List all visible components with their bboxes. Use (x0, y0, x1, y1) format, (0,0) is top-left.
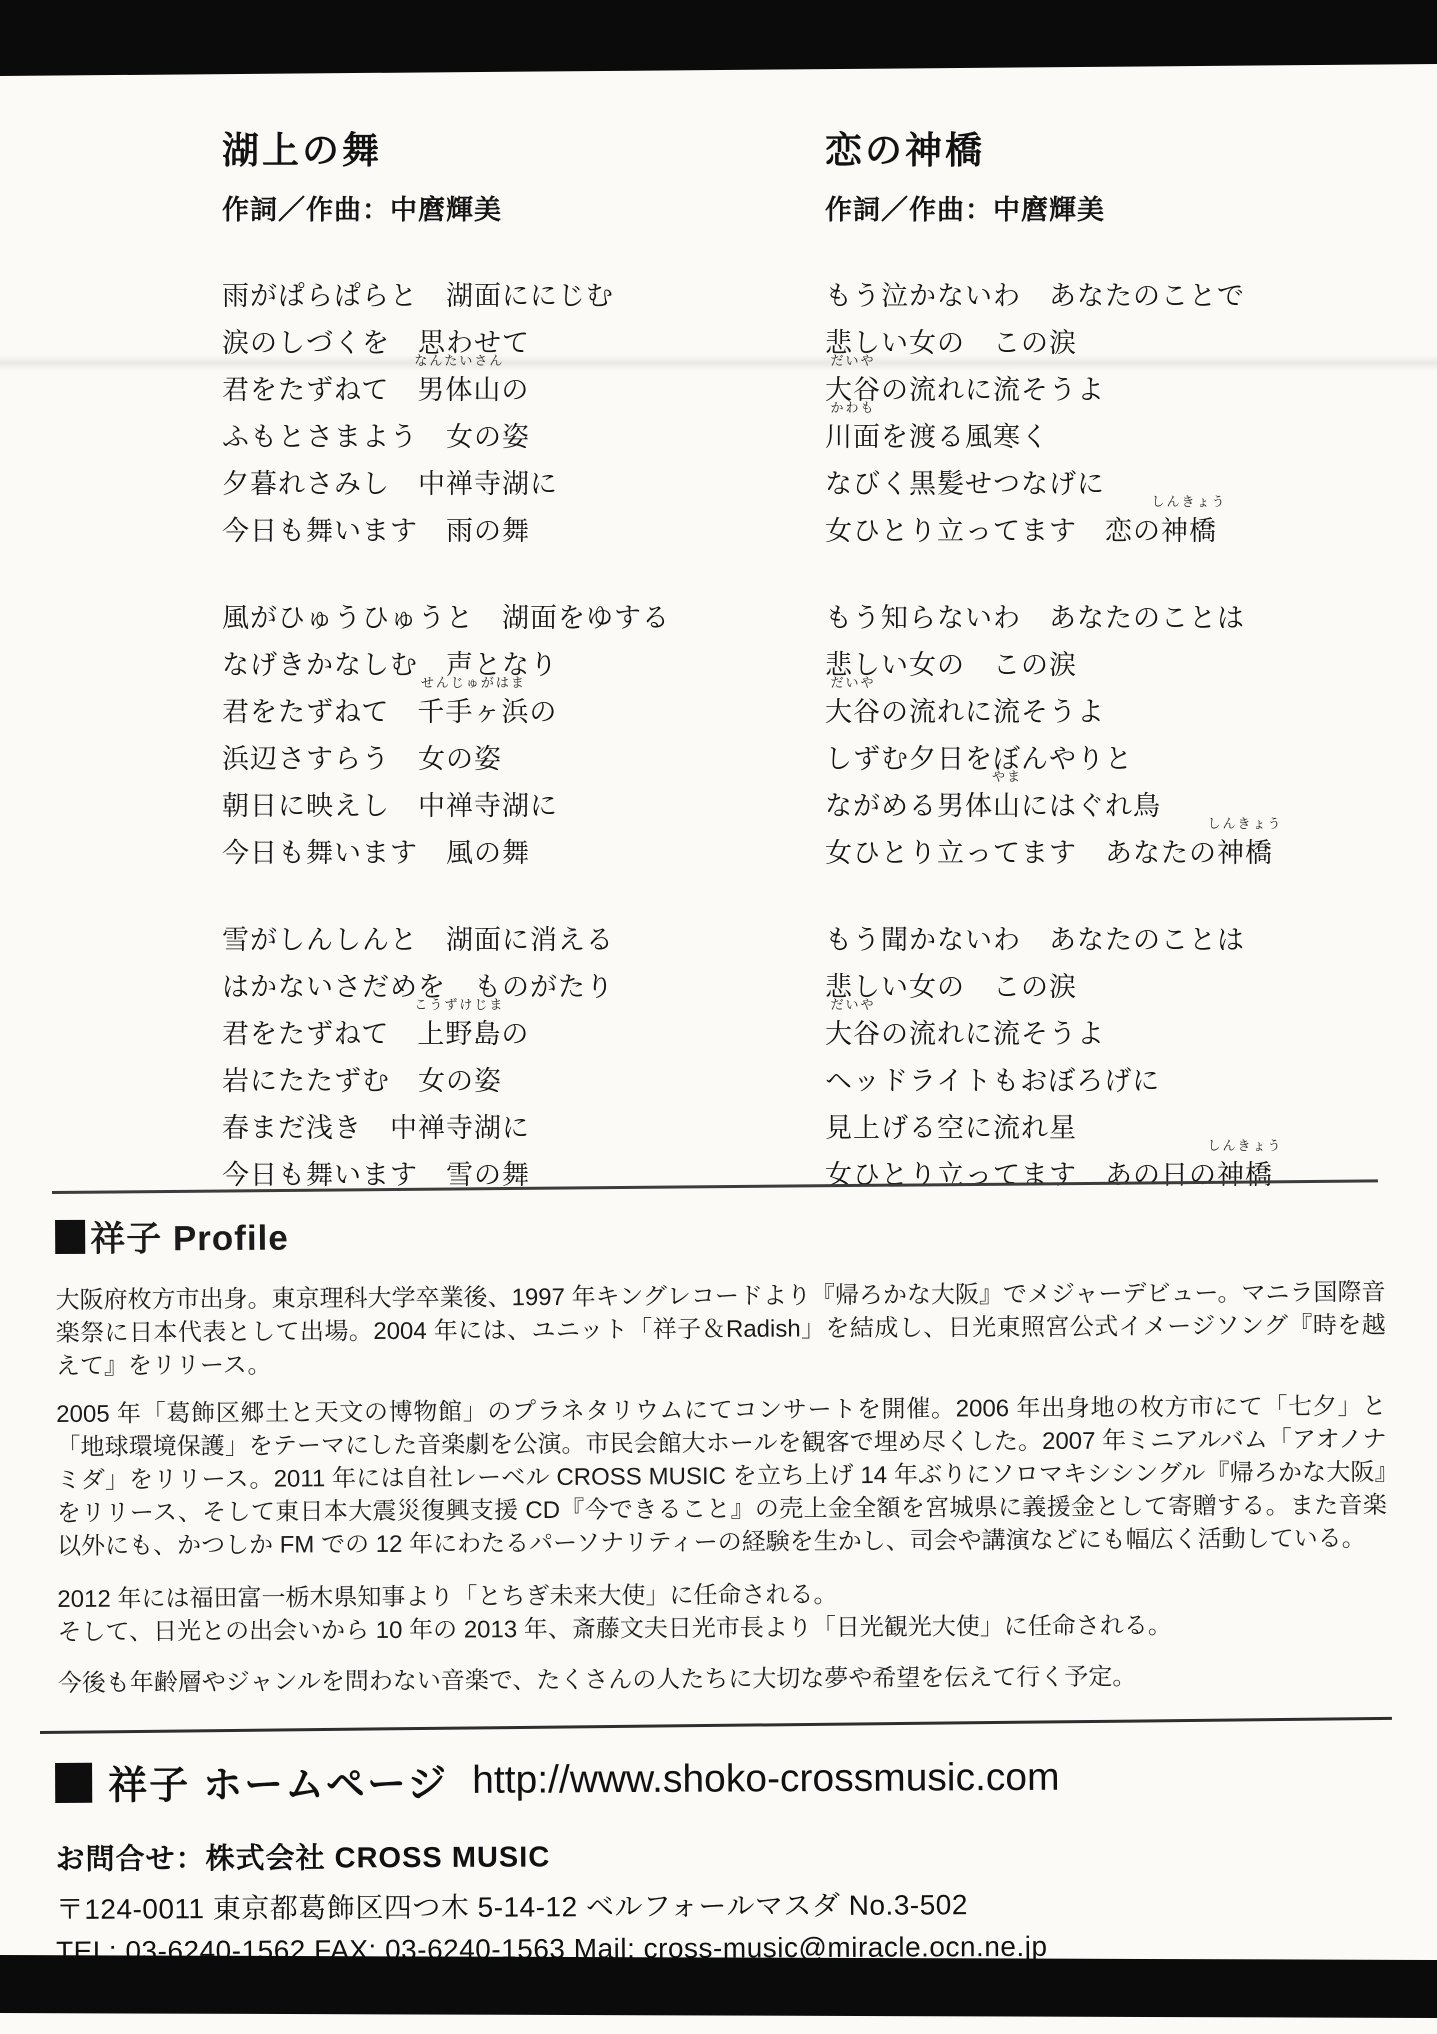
lyric-line: 岩にたたずむ 女の姿 (222, 1058, 670, 1105)
furigana-ruby: 上野島こうずけじま (417, 1011, 501, 1058)
lyric-line: ヘッドライトもおぼろげに (825, 1058, 1273, 1105)
lyric-line: ながめる男体山やまにはぐれ鳥 (825, 783, 1273, 830)
verse: 風がひゅうひゅうと 湖面をゆするなげきかなしむ 声となり君をたずねて 千手ヶ浜せ… (222, 595, 670, 877)
lyric-line: 悲しい女の この涙 (825, 320, 1273, 367)
furigana-ruby: 神橋しんきょう (1217, 830, 1273, 877)
song-kojo-no-mai: 湖上の舞 作詞／作曲：中麿輝美 雨がぱらぱらと 湖面ににじむ涙のしづくを 思わせ… (222, 120, 670, 1239)
verse: 雨がぱらぱらと 湖面ににじむ涙のしづくを 思わせて君をたずねて 男体山なんたいさ… (222, 273, 670, 555)
lyric-line: 夕暮れさみし 中禅寺湖に (222, 461, 670, 508)
profile-paragraph: 大阪府枚方市出身。東京理科大学卒業後、1997 年キングレコードより『帰ろかな大… (55, 1276, 1386, 1383)
lyric-line: 今日も舞います 雨の舞 (222, 508, 670, 555)
verse: もう聞かないわ あなたのことは悲しい女の この涙大谷だいやの流れに流そうよヘッド… (825, 917, 1273, 1199)
lyric-line: 女ひとり立ってます あなたの神橋しんきょう (825, 830, 1273, 877)
lyric-line: 春まだ浅き 中禅寺湖に (222, 1105, 670, 1152)
footer-divider-line (40, 1717, 1392, 1734)
song-title: 湖上の舞 (222, 120, 670, 174)
lyric-line: 悲しい女の この涙 (825, 642, 1273, 689)
black-square-icon (55, 1763, 92, 1803)
lyric-line: 見上げる空に流れ星 (825, 1105, 1273, 1152)
furigana-ruby: 大谷だいや (825, 1011, 881, 1058)
homepage-url: http://www.shoko-crossmusic.com (472, 1756, 1060, 1803)
lyric-line: 君をたずねて 上野島こうずけじまの (222, 1011, 670, 1058)
lyric-line: 朝日に映えし 中禅寺湖に (222, 783, 670, 830)
scan-black-bar-bottom (0, 1950, 1437, 2022)
lyric-line: 大谷だいやの流れに流そうよ (825, 1011, 1273, 1058)
contact-company: お問合せ：株式会社 CROSS MUSIC (55, 1830, 1395, 1878)
homepage-line: 祥子 ホームページ http://www.shoko-crossmusic.co… (55, 1748, 1395, 1811)
furigana-ruby: 川面かわも (825, 414, 881, 461)
furigana-ruby: 神橋しんきょう (1161, 508, 1217, 555)
song-title: 恋の神橋 (825, 120, 1273, 174)
profile-paragraph: 2005 年「葛飾区郷土と天文の博物館」のプラネタリウムにてコンサートを開催。2… (56, 1390, 1387, 1563)
lyric-line: ふもとさまよう 女の姿 (222, 414, 670, 461)
contact-address: 〒124-0011 東京都葛飾区四つ木 5-14-12 ベルフォールマスダ No… (56, 1881, 1396, 1928)
scanned-lyrics-sheet: 湖上の舞 作詞／作曲：中麿輝美 雨がぱらぱらと 湖面ににじむ涙のしづくを 思わせ… (0, 0, 1437, 2034)
profile-section: 祥子 Profile 大阪府枚方市出身。東京理科大学卒業後、1997 年キングレ… (55, 1204, 1388, 1700)
lyric-line: 雨がぱらぱらと 湖面ににじむ (222, 273, 670, 320)
lyric-line: 今日も舞います 風の舞 (222, 830, 670, 877)
song-credit: 作詞／作曲：中麿輝美 (222, 188, 670, 227)
lyric-line: 君をたずねて 男体山なんたいさんの (222, 367, 670, 414)
lyric-line: もう泣かないわ あなたのことで (825, 273, 1273, 320)
lyric-line: 女ひとり立ってます 恋の神橋しんきょう (825, 508, 1273, 555)
homepage-label: 祥子 ホームページ (108, 1753, 448, 1811)
lyric-line: 川面かわもを渡る風寒く (825, 414, 1273, 461)
black-square-icon (55, 1220, 85, 1254)
furigana-ruby: 千手ヶ浜せんじゅがはま (417, 689, 529, 736)
lyric-line: 大谷だいやの流れに流そうよ (825, 367, 1273, 414)
furigana-ruby: 大谷だいや (825, 689, 881, 736)
lyric-line: 風がひゅうひゅうと 湖面をゆする (222, 595, 670, 642)
profile-heading: 祥子 Profile (55, 1204, 1385, 1262)
song-credit: 作詞／作曲：中麿輝美 (825, 188, 1273, 227)
furigana-ruby: 神橋しんきょう (1217, 1152, 1273, 1199)
scan-black-bar-top (0, 0, 1437, 80)
song-koi-no-shinkyo: 恋の神橋 作詞／作曲：中麿輝美 もう泣かないわ あなたのことで悲しい女の この涙… (825, 120, 1273, 1239)
lyric-line: 雪がしんしんと 湖面に消える (222, 917, 670, 964)
lyric-line: 浜辺さすらう 女の姿 (222, 736, 670, 783)
profile-heading-text: 祥子 Profile (90, 1211, 289, 1262)
lyric-line: 大谷だいやの流れに流そうよ (825, 689, 1273, 736)
profile-paragraph: そして、日光との出会いから 10 年の 2013 年、斎藤文夫日光市長より「日光… (57, 1608, 1387, 1649)
lyric-line: 悲しい女の この涙 (825, 964, 1273, 1011)
song-verses: 雨がぱらぱらと 湖面ににじむ涙のしづくを 思わせて君をたずねて 男体山なんたいさ… (222, 273, 670, 1199)
profile-paragraph: 今後も年齢層やジャンルを問わない音楽で、たくさんの人たちに大切な夢や希望を伝えて… (58, 1659, 1388, 1700)
lyric-line: 今日も舞います 雪の舞 (222, 1152, 670, 1199)
lyric-line: もう知らないわ あなたのことは (825, 595, 1273, 642)
verse: もう知らないわ あなたのことは悲しい女の この涙大谷だいやの流れに流そうよしずむ… (825, 595, 1273, 877)
furigana-ruby: 山やま (993, 783, 1021, 830)
lyric-line: 女ひとり立ってます あの日の神橋しんきょう (825, 1152, 1273, 1199)
lyric-line: もう聞かないわ あなたのことは (825, 917, 1273, 964)
lyric-line: 君をたずねて 千手ヶ浜せんじゅがはまの (222, 689, 670, 736)
song-verses: もう泣かないわ あなたのことで悲しい女の この涙大谷だいやの流れに流そうよ川面か… (825, 273, 1273, 1199)
verse: もう泣かないわ あなたのことで悲しい女の この涙大谷だいやの流れに流そうよ川面か… (825, 273, 1273, 555)
contact-footer: 祥子 ホームページ http://www.shoko-crossmusic.co… (55, 1748, 1396, 1968)
verse: 雪がしんしんと 湖面に消えるはかないさだめを ものがたり君をたずねて 上野島こう… (222, 917, 670, 1199)
furigana-ruby: 男体山なんたいさん (417, 367, 501, 414)
lyric-line: しずむ夕日をぼんやりと (825, 736, 1273, 783)
